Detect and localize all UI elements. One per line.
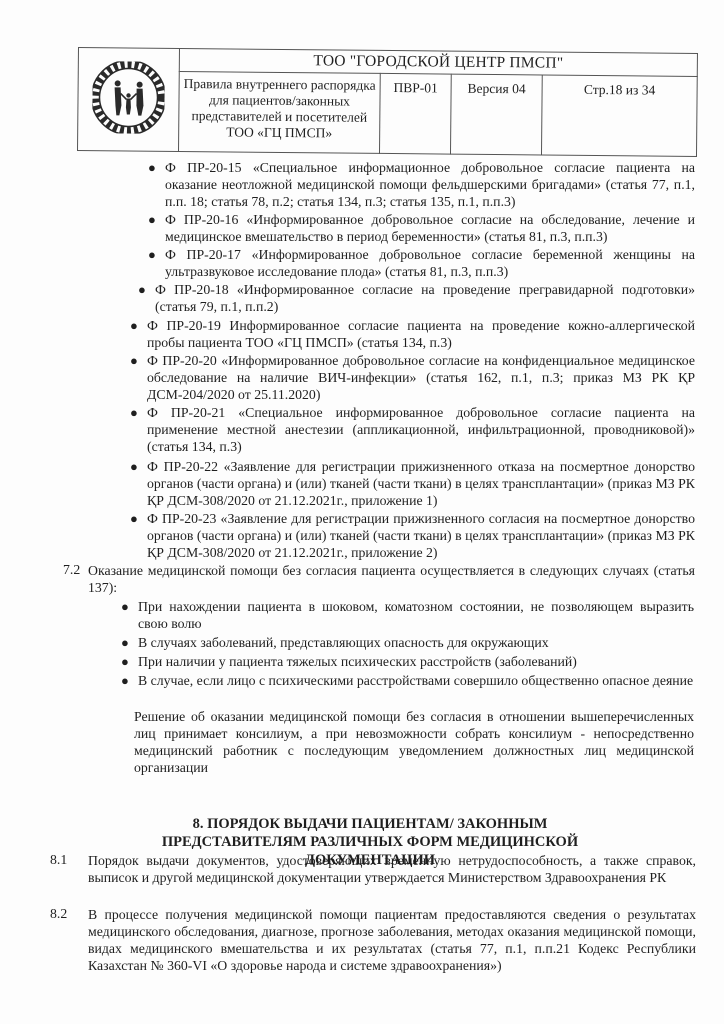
bullet-icon: ● [138, 281, 146, 298]
clause-number: 7.2 [63, 562, 80, 578]
document-header-table: ТОО "ГОРОДСКОЙ ЦЕНТР ПМСП" Правила внутр… [77, 47, 698, 157]
list-item: ● Ф ПР-20-23 «Заявление для регистрации … [147, 510, 695, 561]
clause-number: 8.2 [50, 906, 67, 922]
bullet-icon: ● [121, 598, 129, 615]
list-item: ● Ф ПР-20-22 «Заявление для регистрации … [147, 458, 695, 509]
list-item: ● Ф ПР-20-19 Информированное согласие па… [147, 317, 695, 351]
bullet-icon: ● [121, 653, 129, 670]
bullet-icon: ● [148, 246, 156, 263]
list-item: ● Ф ПР-20-17 «Информированное добровольн… [165, 246, 695, 280]
document-version: Версия 04 [450, 74, 542, 155]
clause-7-2-text: Оказание медицинской помощи без согласия… [88, 562, 695, 596]
list-item: ● Ф ПР-20-20 «Информированное добровольн… [147, 352, 695, 403]
organization-logo-icon [92, 61, 165, 134]
bullet-icon: ● [130, 352, 138, 369]
page-number: Стр.18 из 34 [541, 75, 697, 156]
bullet-icon: ● [130, 510, 138, 527]
list-item: ● Ф ПР-20-16 «Информированное добровольн… [165, 211, 695, 245]
bullet-icon: ● [121, 634, 129, 651]
bullet-icon: ● [130, 404, 138, 421]
document-name: Правила внутреннего распорядка для пацие… [179, 71, 381, 153]
bullet-icon: ● [148, 159, 156, 176]
list-item: ● Ф ПР-20-15 «Специальное информационное… [165, 159, 695, 210]
list-item: ● Ф ПР-20-21 «Специальное информированно… [147, 404, 695, 455]
list-item: ● В случае, если лицо с психическими рас… [138, 672, 694, 689]
clause-8-1-text: Порядок выдачи документов, удостоверяющи… [88, 852, 696, 886]
document-page: ТОО "ГОРОДСКОЙ ЦЕНТР ПМСП" Правила внутр… [0, 0, 724, 1024]
decision-paragraph: Решение об оказании медицинской помощи б… [134, 708, 694, 776]
logo-cell [78, 48, 180, 152]
list-item: ● При наличии у пациента тяжелых психиче… [138, 653, 694, 670]
bullet-icon: ● [130, 317, 138, 334]
bullet-icon: ● [121, 672, 129, 689]
clause-number: 8.1 [50, 852, 67, 868]
bullet-icon: ● [148, 211, 156, 228]
list-item: ● При нахождении пациента в шоковом, ком… [138, 598, 694, 632]
list-item: ● В случаях заболеваний, представляющих … [138, 634, 694, 651]
bullet-icon: ● [130, 458, 138, 475]
document-code: ПВР-01 [379, 73, 451, 154]
list-item: ● Ф ПР-20-18 «Информированное согласие н… [155, 281, 695, 315]
clause-8-2-text: В процессе получения медицинской помощи … [88, 906, 696, 974]
